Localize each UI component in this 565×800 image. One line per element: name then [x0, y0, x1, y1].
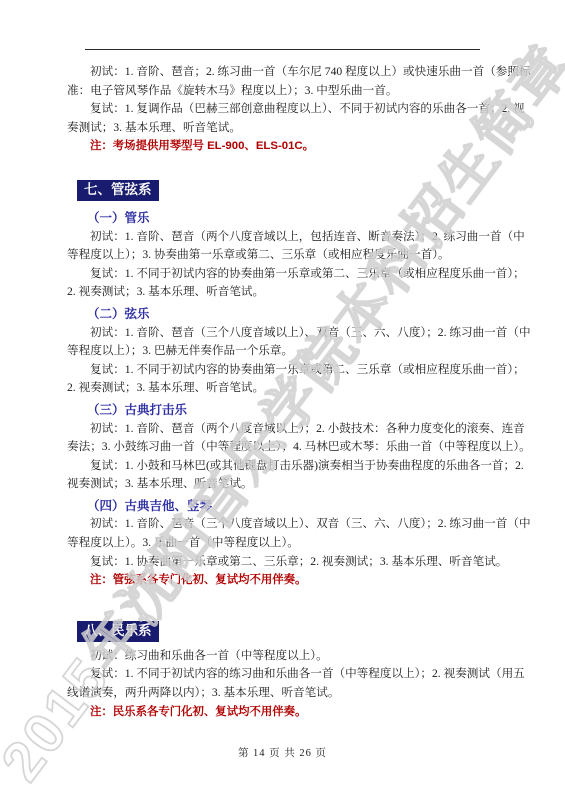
paragraph: 初试：1. 音阶、琶音；2. 练习曲一首（车尔尼 740 程度以上）或快速乐曲一…: [67, 63, 513, 100]
note-line: 注：民乐系各专门化初、复试均不用伴奏。: [67, 703, 513, 722]
body-line: 初试：练习曲和乐曲各一首（中等程度以上）。: [67, 647, 513, 666]
body-line: 2. 视奏测试；3. 基本乐理、听音笔试。: [67, 283, 513, 302]
subsection-heading: （三）古典打击乐: [87, 401, 513, 420]
note-line: 注：考场提供用琴型号 EL-900、ELS-01C。: [67, 137, 513, 156]
body-line: 初试：1. 音阶、琶音（三个八度音域以上）、双音（三、六、八度）；2. 练习曲一…: [67, 324, 513, 343]
body-line: 视奏测试；3. 基本乐理、听音笔试。: [67, 475, 513, 494]
paragraph: 复试：1. 小鼓和马林巴(或其他键盘打击乐器)演奏相当于协奏曲程度的乐曲各一首；…: [67, 457, 513, 494]
body-line: 2. 视奏测试；3. 基本乐理、听音笔试。: [67, 379, 513, 398]
subsection-heading: （一）管乐: [87, 209, 513, 228]
body-line: 等程度以上）。3. 乐曲一首（中等程度以上）。: [67, 534, 513, 553]
body-line: 等程度以上）；3. 协奏曲第一乐章或第二、三乐章（或相应程度乐曲一首）。: [67, 246, 513, 265]
body-line: 奏测试；3. 基本乐理、听音笔试。: [67, 119, 513, 138]
body-line: 初试：1. 音阶、琶音；2. 练习曲一首（车尔尼 740 程度以上）或快速乐曲一…: [67, 63, 513, 82]
section-heading-row: 八、民乐系: [67, 590, 513, 647]
note-line: 注：管弦系各专门化初、复试均不用伴奏。: [67, 571, 513, 590]
body-line: 初试：1. 音阶、琶音（两个八度音域以上）；2. 小鼓技术：各种力度变化的滚奏、…: [67, 420, 513, 439]
subsection-heading: （二）弦乐: [87, 305, 513, 324]
body-line: 复试：1. 不同于初试内容的协奏曲第一乐章或第二、三乐章（或相应程度乐曲一首）；: [67, 361, 513, 380]
body-line: 等程度以上）；3. 巴赫无伴奏作品一个乐章。: [67, 342, 513, 361]
paragraph: 复试：1. 不同于初试内容的协奏曲第一乐章或第二、三乐章（或相应程度乐曲一首）；…: [67, 265, 513, 302]
body-line: 初试：1. 音阶、琶音（三个八度音域以上）、双音（三、六、八度）；2. 练习曲一…: [67, 515, 513, 534]
paragraph: 初试：练习曲和乐曲各一首（中等程度以上）。: [67, 647, 513, 666]
paragraph: 复试：1. 复调作品（巴赫三部创意曲程度以上）、不同于初试内容的乐曲各一首；2.…: [67, 100, 513, 137]
body-line: 初试：1. 音阶、琶音（两个八度音域以上，包括连音、断音奏法）；2. 练习曲一首…: [67, 228, 513, 247]
paragraph: 初试：1. 音阶、琶音（两个八度音域以上，包括连音、断音奏法）；2. 练习曲一首…: [67, 228, 513, 265]
document-page: { "watermark": { "text": "2015年沈阳音乐学院本科招…: [0, 0, 565, 800]
body-line: 线谱演奏，两升两降以内）；3. 基本乐理、听音笔试。: [67, 684, 513, 703]
section-heading: 七、管弦系: [77, 180, 159, 201]
document-body: 初试：1. 音阶、琶音；2. 练习曲一首（车尔尼 740 程度以上）或快速乐曲一…: [67, 63, 513, 721]
page-footer: 第 14 页 共 26 页: [0, 745, 565, 760]
body-line: 复试：1. 小鼓和马林巴(或其他键盘打击乐器)演奏相当于协奏曲程度的乐曲各一首；…: [67, 457, 513, 476]
subsection-heading: （四）古典吉他、竖琴: [87, 497, 513, 516]
page-background: 2015年沈阳音乐学院本科招生简章 初试：1. 音阶、琶音；2. 练习曲一首（车…: [0, 0, 565, 800]
body-line: 复试：1. 不同于初试内容的练习曲和乐曲各一首（中等程度以上）；2. 视奏测试（…: [67, 665, 513, 684]
body-line: 复试：1. 不同于初试内容的协奏曲第一乐章或第二、三乐章（或相应程度乐曲一首）；: [67, 265, 513, 284]
paragraph: 复试：1. 不同于初试内容的练习曲和乐曲各一首（中等程度以上）；2. 视奏测试（…: [67, 665, 513, 702]
body-line: 复试：1. 复调作品（巴赫三部创意曲程度以上）、不同于初试内容的乐曲各一首；2.…: [67, 100, 513, 119]
paragraph: 初试：1. 音阶、琶音（两个八度音域以上）；2. 小鼓技术：各种力度变化的滚奏、…: [67, 420, 513, 457]
header-rule: [85, 49, 480, 50]
paragraph: 复试：1. 协奏曲第一乐章或第二、三乐章；2. 视奏测试；3. 基本乐理、听音笔…: [67, 553, 513, 572]
body-line: 准：电子管风琴作品《旋转木马》程度以上）；3. 中型乐曲一首。: [67, 82, 513, 101]
body-line: 奏法；3. 小鼓练习曲一首（中等程度以上）；4. 马林巴或木琴：乐曲一首（中等程…: [67, 438, 513, 457]
paragraph: 初试：1. 音阶、琶音（三个八度音域以上）、双音（三、六、八度）；2. 练习曲一…: [67, 515, 513, 552]
paragraph: 复试：1. 不同于初试内容的协奏曲第一乐章或第二、三乐章（或相应程度乐曲一首）；…: [67, 361, 513, 398]
paragraph: 初试：1. 音阶、琶音（三个八度音域以上）、双音（三、六、八度）；2. 练习曲一…: [67, 324, 513, 361]
body-line: 复试：1. 协奏曲第一乐章或第二、三乐章；2. 视奏测试；3. 基本乐理、听音笔…: [67, 553, 513, 572]
section-heading-row: 七、管弦系: [67, 156, 513, 206]
section-heading: 八、民乐系: [77, 621, 159, 642]
